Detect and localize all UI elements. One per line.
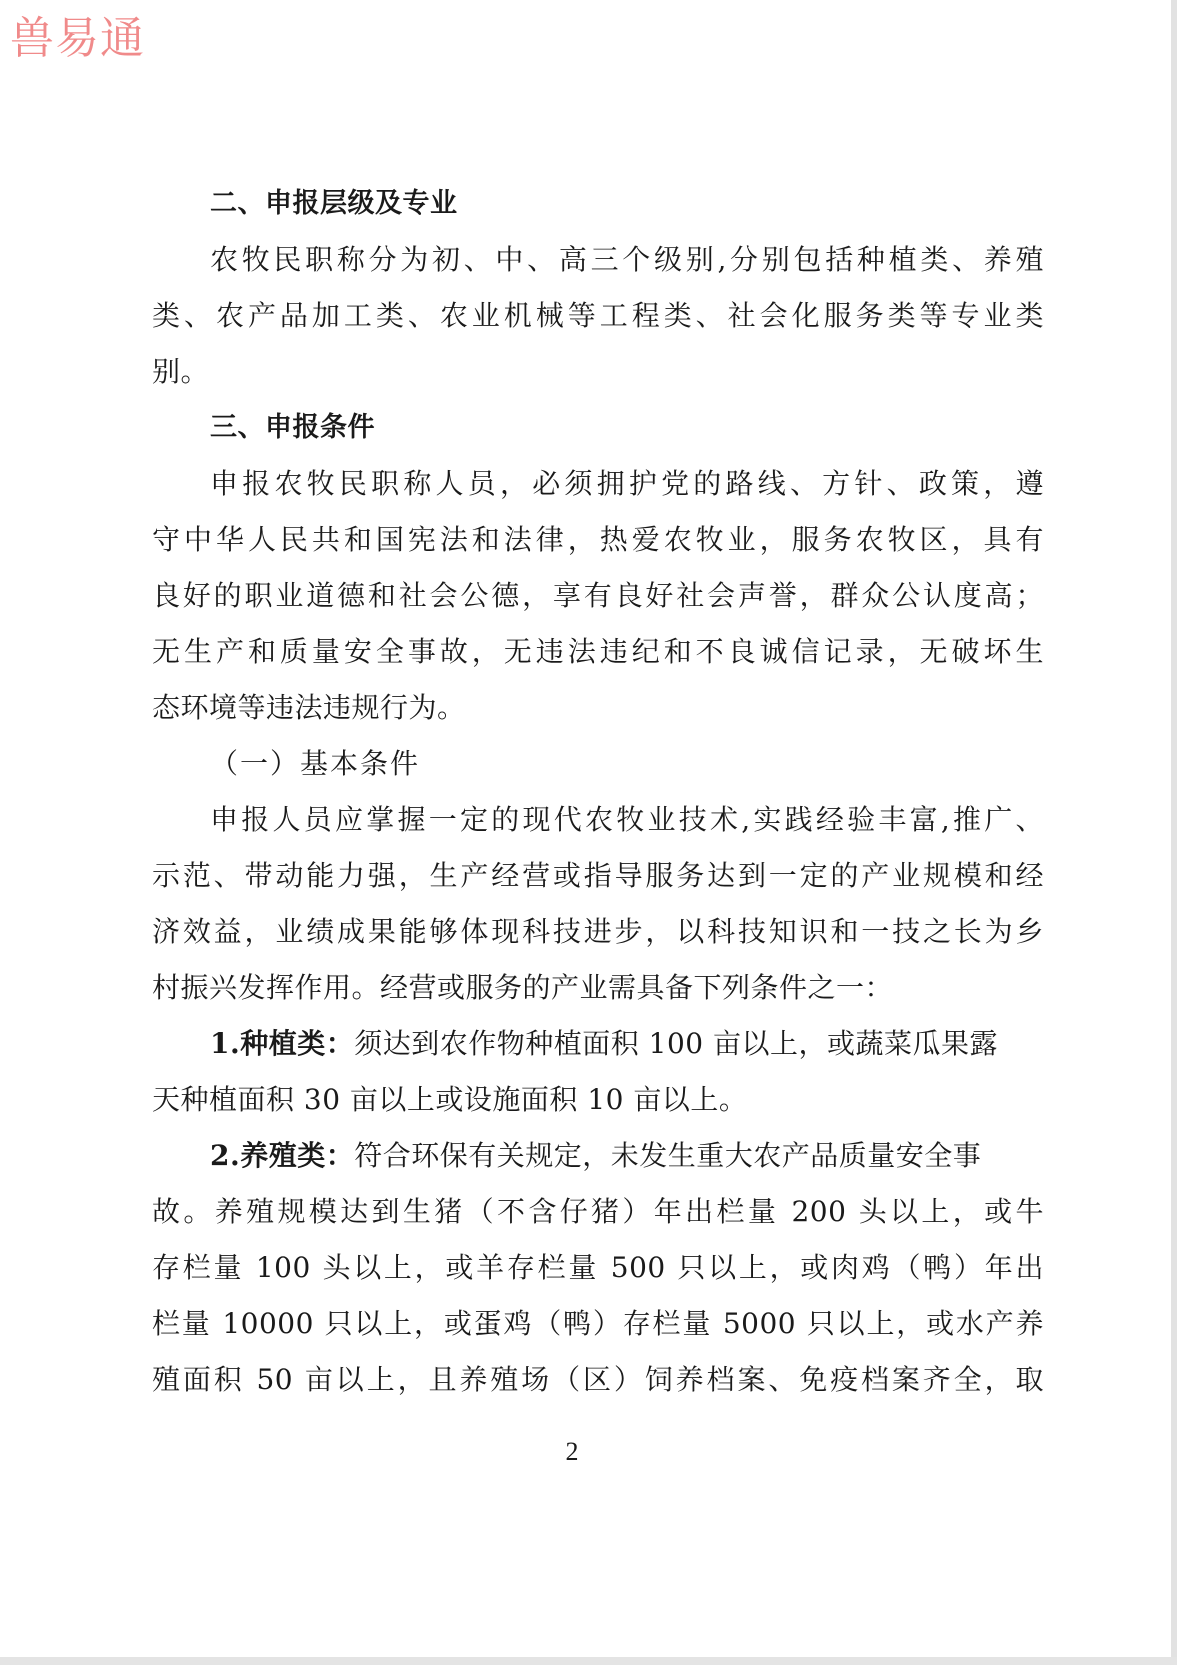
paragraph-line: 故。养殖规模达到生猪（不含仔猪）年出栏量 200 头以上，或牛: [152, 1194, 1044, 1230]
document-page: 二、申报层级及专业 农牧民职称分为初、中、高三个级别,分别包括种植类、养殖 类、…: [0, 0, 1177, 1665]
paragraph-line: 栏量 10000 只以上，或蛋鸡（鸭）存栏量 5000 只以上，或水产养: [152, 1306, 1044, 1342]
page-number: 2: [0, 1437, 1144, 1467]
paragraph-line: 济效益，业绩成果能够体现科技进步，以科技知识和一技之长为乡: [152, 914, 1044, 950]
item-planting-line: 1.种植类：须达到农作物种植面积 100 亩以上，或蔬菜瓜果露: [210, 1026, 1110, 1062]
section-heading-levels: 二、申报层级及专业: [210, 186, 1110, 222]
page-edge-bottom: [0, 1657, 1177, 1665]
item-label-planting: 1.种植类：: [210, 1027, 354, 1060]
paragraph-line: 村振兴发挥作用。经营或服务的产业需具备下列条件之一：: [152, 970, 1052, 1006]
paragraph-line: 存栏量 100 头以上，或羊存栏量 500 只以上，或肉鸡（鸭）年出: [152, 1250, 1044, 1286]
item-label-breeding: 2.养殖类：: [210, 1139, 354, 1172]
paragraph-line: 态环境等违法违规行为。: [152, 690, 1052, 726]
section-heading-conditions: 三、申报条件: [210, 410, 1110, 446]
paragraph-line: 示范、带动能力强，生产经营或指导服务达到一定的产业规模和经: [152, 858, 1044, 894]
item-breeding-line: 2.养殖类：符合环保有关规定，未发生重大农产品质量安全事: [210, 1138, 1110, 1174]
item-text: 符合环保有关规定，未发生重大农产品质量安全事: [354, 1139, 981, 1172]
paragraph-line: 类、农产品加工类、农业机械等工程类、社会化服务类等专业类: [152, 298, 1044, 334]
subsection-heading-basic: （一）基本条件: [210, 746, 1110, 782]
paragraph-line: 天种植面积 30 亩以上或设施面积 10 亩以上。: [152, 1082, 1052, 1118]
paragraph-line: 别。: [152, 354, 1052, 390]
item-text: 须达到农作物种植面积 100 亩以上，或蔬菜瓜果露: [354, 1027, 998, 1060]
paragraph-line: 申报农牧民职称人员，必须拥护党的路线、方针、政策，遵: [210, 466, 1044, 502]
paragraph-line: 无生产和质量安全事故，无违法违纪和不良诚信记录，无破坏生: [152, 634, 1044, 670]
paragraph-line: 守中华人民共和国宪法和法律，热爱农牧业，服务农牧区，具有: [152, 522, 1044, 558]
paragraph-line: 殖面积 50 亩以上，且养殖场（区）饲养档案、免疫档案齐全，取: [152, 1362, 1044, 1398]
page-edge-right: [1171, 0, 1177, 1665]
paragraph-line: 申报人员应掌握一定的现代农牧业技术,实践经验丰富,推广、: [210, 802, 1044, 838]
paragraph-line: 农牧民职称分为初、中、高三个级别,分别包括种植类、养殖: [210, 242, 1044, 278]
paragraph-line: 良好的职业道德和社会公德，享有良好社会声誉，群众公认度高；: [152, 578, 1044, 614]
